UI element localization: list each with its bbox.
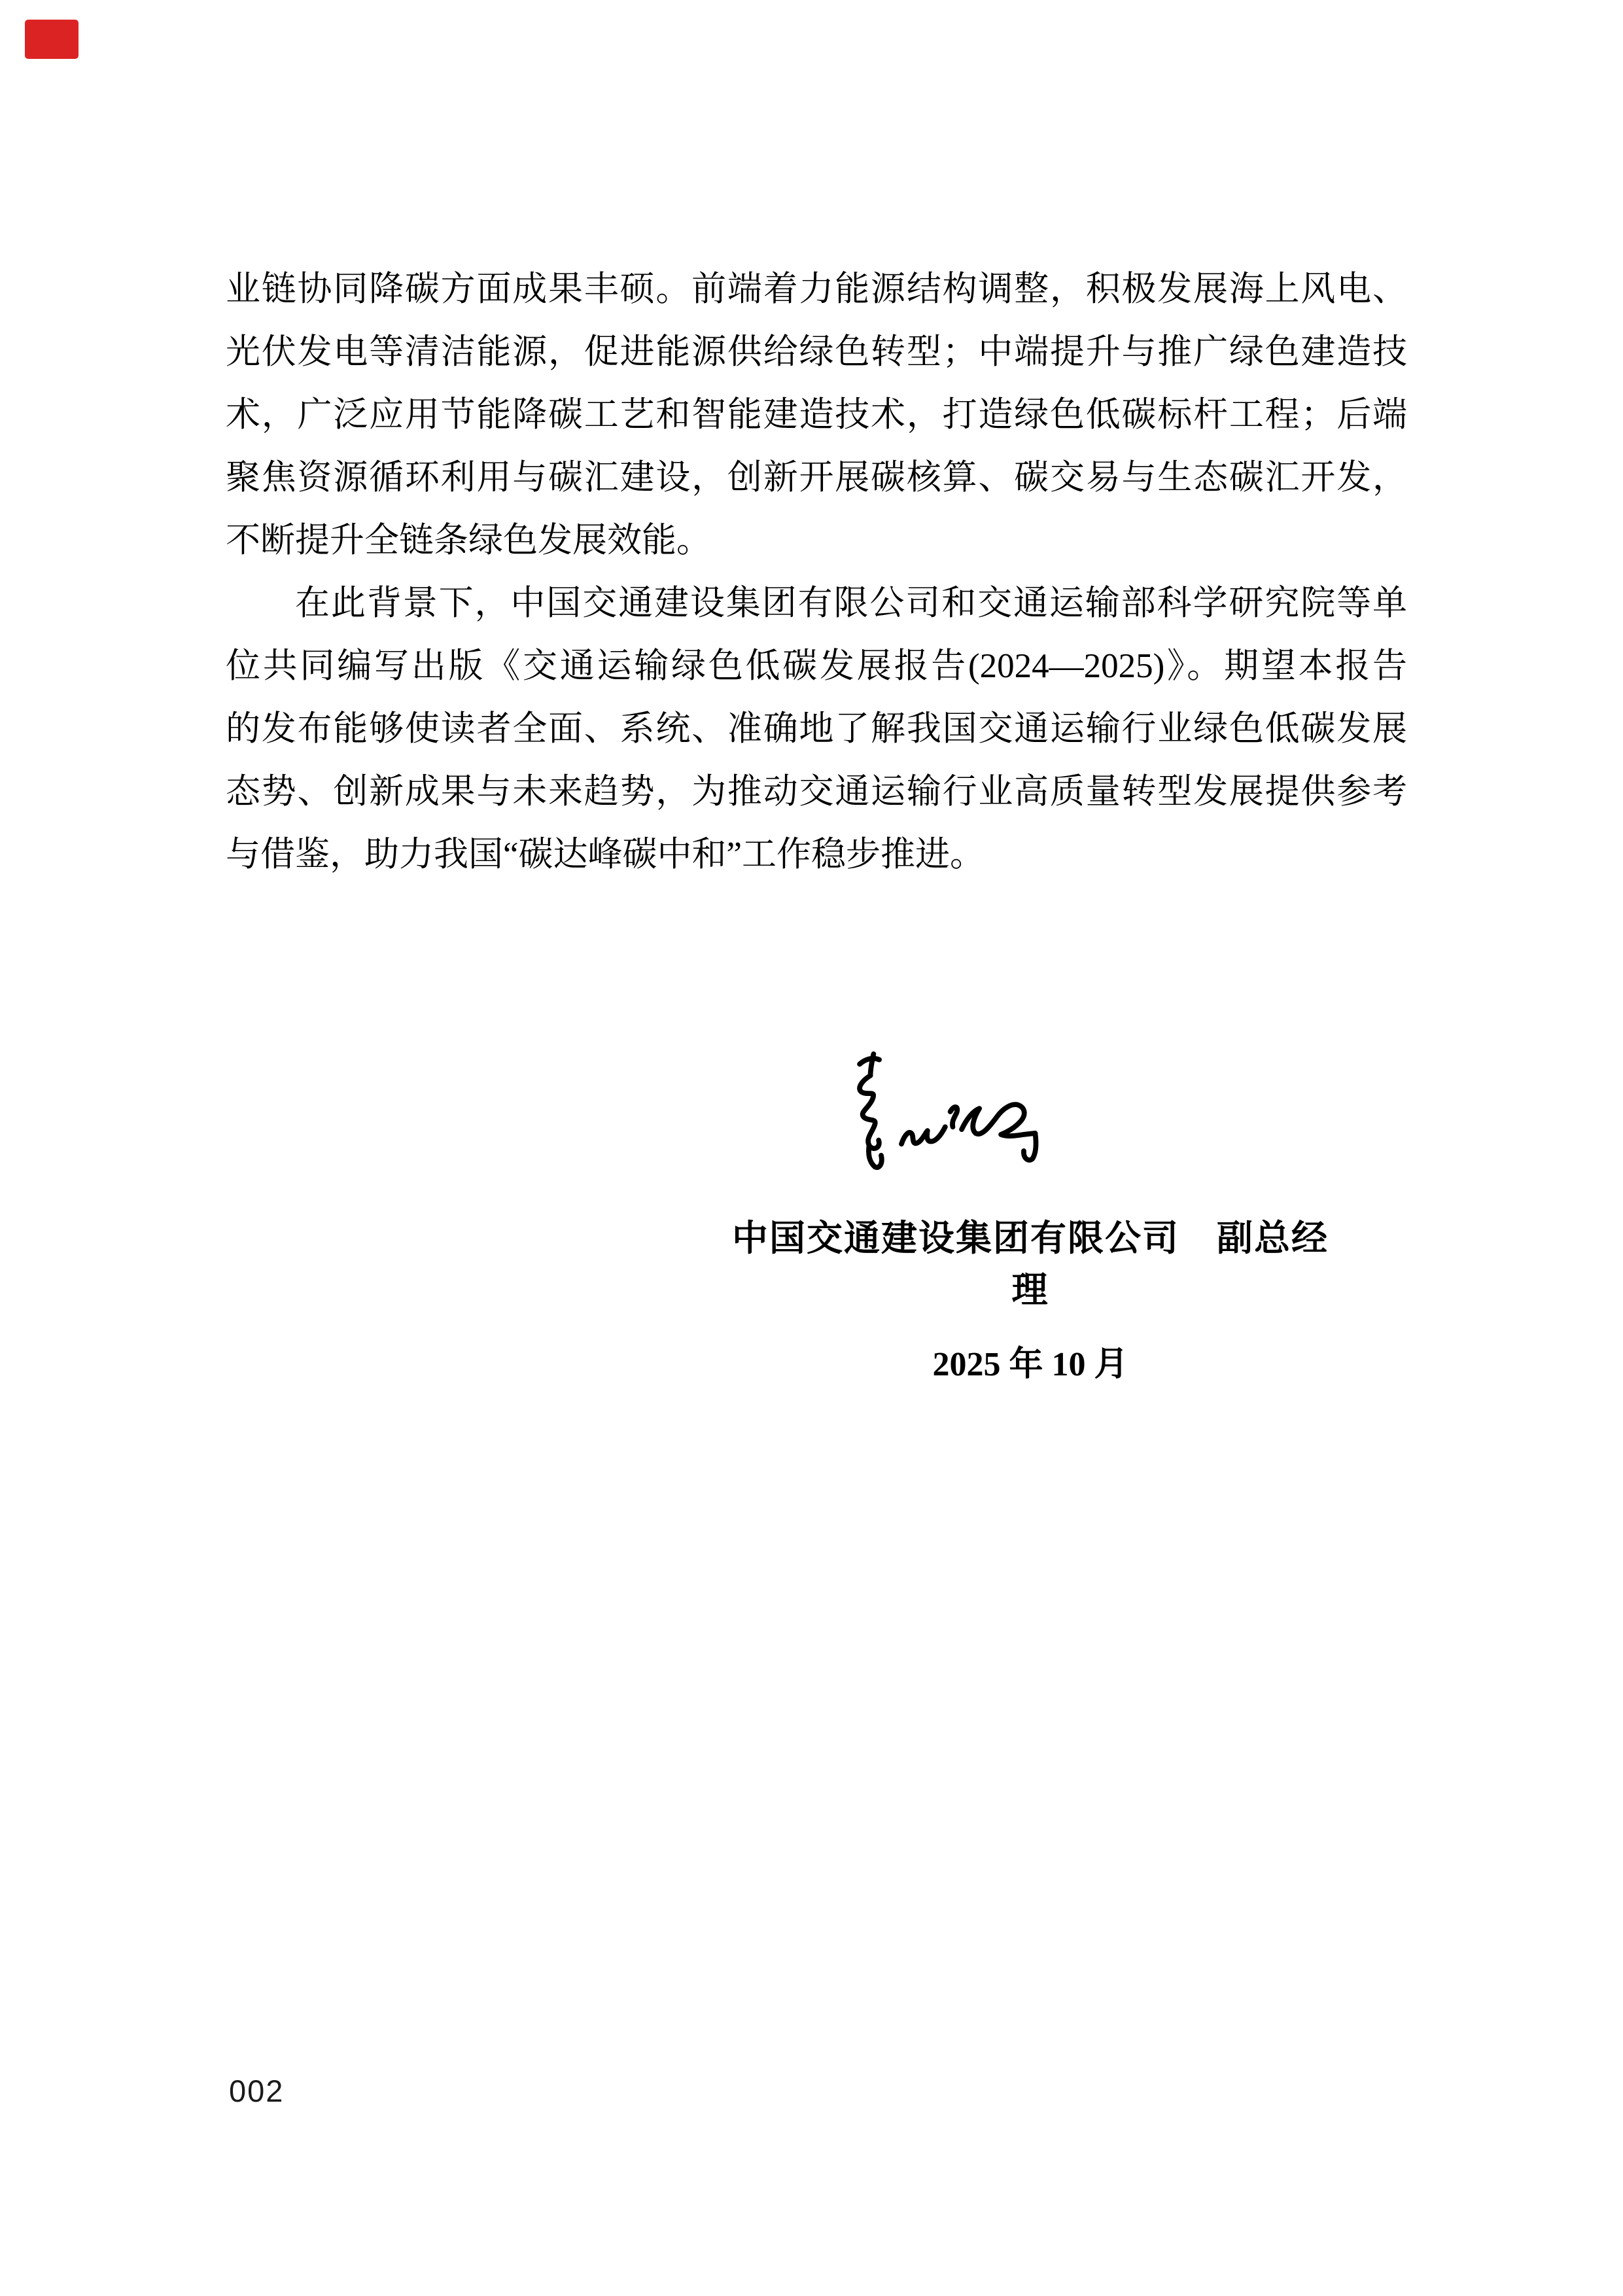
paragraph2-line-4: 态势、创新成果与未来趋势，为推动交通运输行业高质量转型发展提供参考 [226,760,1407,823]
signer-title-line: 中国交通建设集团有限公司 副总经理 [720,1209,1341,1313]
paragraph2-line-1: 在此背景下，中国交通建设集团有限公司和交通运输部科学研究院等单 [226,572,1407,635]
page-number: 002 [229,2073,284,2109]
signature-date-line: 2025 年 10 月 [720,1336,1341,1385]
paragraph1-line-4: 聚焦资源循环利用与碳汇建设，创新开展碳核算、碳交易与生态碳汇开发， [226,446,1407,509]
signature-block: 中国交通建设集团有限公司 副总经理 2025 年 10 月 [720,1046,1341,1385]
paragraph1-line-3: 术，广泛应用节能降碳工艺和智能建造技术，打造绿色低碳标杆工程；后端 [226,383,1407,446]
preface-body: 业链协同降碳方面成果丰硕。前端着力能源结构调整，积极发展海上风电、 光伏发电等清… [226,258,1407,886]
paragraph2-line-3: 的发布能够使读者全面、系统、准确地了解我国交通运输行业绿色低碳发展 [226,698,1407,760]
paragraph2-line-5: 与借鉴，助力我国“碳达峰碳中和”工作稳步推进。 [226,823,1407,886]
paragraph1-line-1: 业链协同降碳方面成果丰硕。前端着力能源结构调整，积极发展海上风电、 [226,258,1407,321]
paragraph2-line-2: 位共同编写出版《交通运输绿色低碳发展报告(2024—2025)》。期望本报告 [226,635,1407,698]
paragraph1-line-5: 不断提升全链条绿色发展效能。 [226,509,1407,572]
handwritten-signature-icon [841,1046,1043,1176]
red-corner-mark [25,20,79,59]
paragraph1-line-2: 光伏发电等清洁能源，促进能源供给绿色转型；中端提升与推广绿色建造技 [226,321,1407,383]
